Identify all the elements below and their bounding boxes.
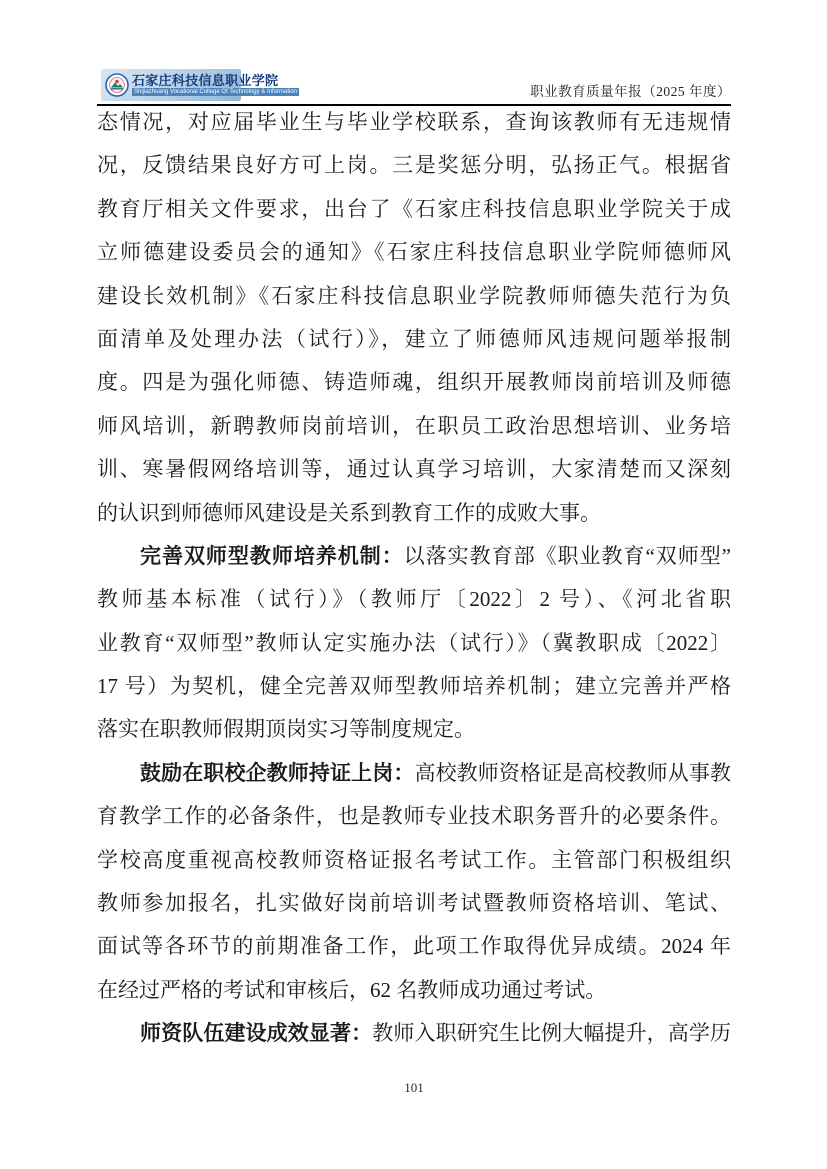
- college-name: 石家庄科技信息职业学院: [132, 74, 299, 87]
- text-run: 教师入职研究生比例大幅提升，高学历: [372, 1021, 731, 1045]
- text-line: 业教育“双师型”教师认定实施办法（试行）》（冀教职成〔2022〕: [97, 622, 731, 665]
- text-line: 面清单及处理办法（试行）》，建立了师德师风违规问题举报制: [97, 318, 731, 361]
- text-line: 师资队伍建设成效显著：教师入职研究生比例大幅提升，高学历: [97, 1012, 731, 1055]
- report-title: 职业教育质量年报（2025 年度）: [530, 80, 731, 100]
- page-number: 101: [404, 1080, 424, 1095]
- text-line: 况，反馈结果良好方可上岗。三是奖惩分明，弘扬正气。根据省: [97, 144, 731, 187]
- text-line: 学校高度重视高校教师资格证报名考试工作。主管部门积极组织: [97, 839, 731, 882]
- text-line: 教师参加报名，扎实做好岗前培训考试暨教师资格培训、笔试、: [97, 882, 731, 925]
- text-line: 师风培训，新聘教师岗前培训，在职员工政治思想培训、业务培: [97, 405, 731, 448]
- page-footer: 101: [97, 1080, 731, 1096]
- text-line: 教师基本标准（试行）》（教师厅〔2022〕2 号）、《河北省职: [97, 578, 731, 621]
- paragraph-lead: 师资队伍建设成效显著：: [140, 1021, 372, 1045]
- paragraph-lead: 完善双师型教师培养机制：: [140, 544, 404, 568]
- text-line: 立师德建设委员会的通知》《石家庄科技信息职业学院师德师风: [97, 231, 731, 274]
- text-line: 在经过严格的考试和审核后，62 名教师成功通过考试。: [97, 969, 731, 1012]
- college-emblem-icon: [105, 73, 129, 97]
- text-line: 面试等各环节的前期准备工作，此项工作取得优异成绩。2024 年: [97, 925, 731, 968]
- text-line: 完善双师型教师培养机制：以落实教育部《职业教育“双师型”: [97, 535, 731, 578]
- text-run: 高校教师资格证是高校教师从事教: [414, 761, 731, 785]
- text-run: 以落实教育部《职业教育“双师型”: [404, 544, 731, 568]
- text-line: 鼓励在职校企教师持证上岗：高校教师资格证是高校教师从事教: [97, 752, 731, 795]
- college-name-english: Shijiazhuang Vocational College Of Techn…: [132, 88, 299, 96]
- text-line: 17 号）为契机，健全完善双师型教师培养机制；建立完善并严格: [97, 665, 731, 708]
- college-logo: 石家庄科技信息职业学院 Shijiazhuang Vocational Coll…: [101, 69, 241, 101]
- text-line: 训、寒暑假网络培训等，通过认真学习培训，大家清楚而又深刻: [97, 448, 731, 491]
- text-line: 态情况，对应届毕业生与毕业学校联系，查询该教师有无违规情: [97, 101, 731, 144]
- college-logo-text: 石家庄科技信息职业学院 Shijiazhuang Vocational Coll…: [132, 74, 299, 96]
- text-line: 育教学工作的必备条件，也是教师专业技术职务晋升的必要条件。: [97, 795, 731, 838]
- text-line: 的认识到师德师风建设是关系到教育工作的成败大事。: [97, 492, 731, 535]
- document-page: 石家庄科技信息职业学院 Shijiazhuang Vocational Coll…: [0, 0, 827, 1169]
- text-line: 度。四是为强化师德、铸造师魂，组织开展教师岗前培训及师德: [97, 361, 731, 404]
- text-line: 教育厅相关文件要求，出台了《石家庄科技信息职业学院关于成: [97, 188, 731, 231]
- text-line: 建设长效机制》《石家庄科技信息职业学院教师师德失范行为负: [97, 275, 731, 318]
- text-line: 落实在职教师假期顶岗实习等制度规定。: [97, 708, 731, 751]
- paragraph-lead: 鼓励在职校企教师持证上岗：: [140, 761, 414, 785]
- document-body: 态情况，对应届毕业生与毕业学校联系，查询该教师有无违规情 况，反馈结果良好方可上…: [97, 101, 731, 1056]
